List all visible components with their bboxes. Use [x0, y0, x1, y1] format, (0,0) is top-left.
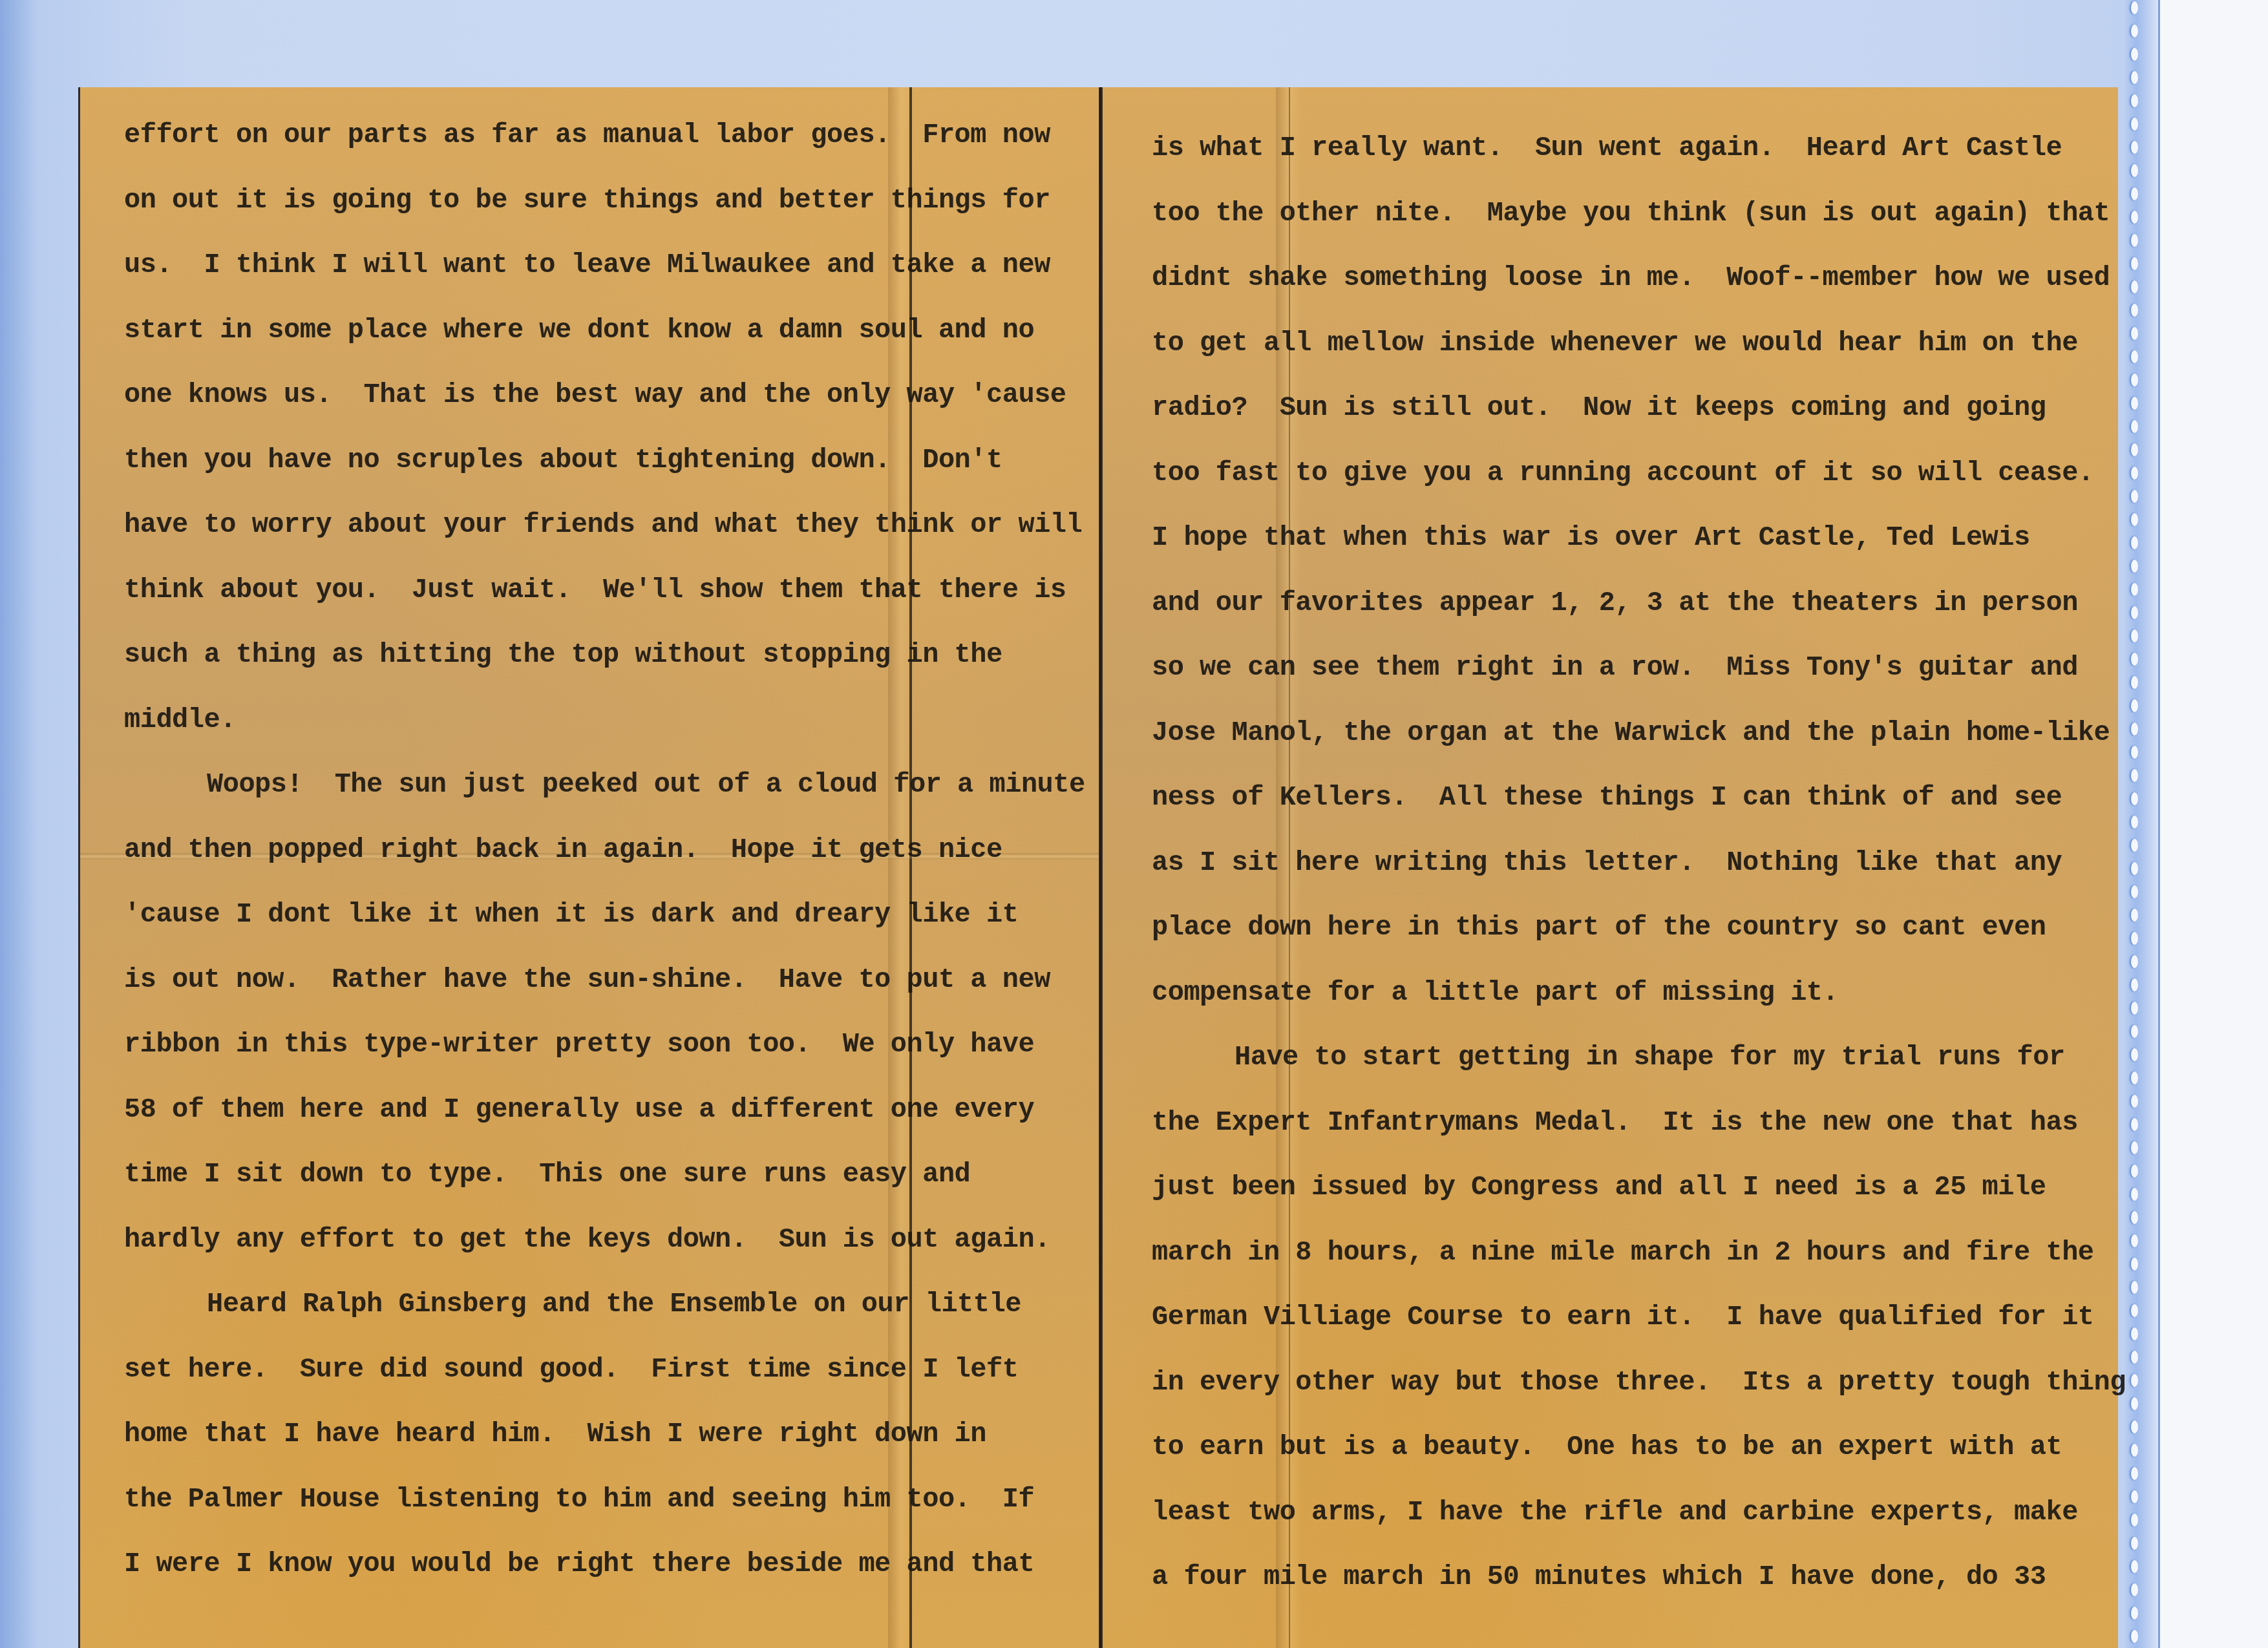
perforation-hole: [2131, 71, 2138, 84]
perforation-hole: [2131, 1188, 2138, 1201]
perforation-hole: [2131, 816, 2138, 829]
typed-line: the Palmer House listening to him and se…: [124, 1484, 1034, 1515]
perforation-hole: [2131, 955, 2138, 968]
perforation-hole: [2131, 1141, 2138, 1154]
perforation-hole: [2131, 909, 2138, 922]
perforation-hole: [2131, 536, 2138, 549]
perforation-hole: [2131, 1514, 2138, 1527]
perforation-hole: [2131, 629, 2138, 642]
perforation-hole: [2131, 1467, 2138, 1480]
perforation-hole: [2131, 257, 2138, 270]
typed-line: as I sit here writing this letter. Nothi…: [1152, 847, 2062, 878]
typed-line: set here. Sure did sound good. First tim…: [124, 1354, 1018, 1385]
typed-line: such a thing as hitting the top without …: [124, 639, 1002, 670]
perforation-hole: [2131, 118, 2138, 131]
perforation-hole: [2131, 839, 2138, 852]
perforation-hole: [2131, 1258, 2138, 1271]
perforation-hole: [2131, 141, 2138, 154]
perforation-hole: [2131, 397, 2138, 410]
typed-line: compensate for a little part of missing …: [1152, 977, 1838, 1008]
typed-line: home that I have heard him. Wish I were …: [124, 1419, 986, 1450]
typed-line: too fast to give you a running account o…: [1152, 458, 2094, 489]
typed-line: 'cause I dont like it when it is dark an…: [124, 899, 1018, 930]
perforation-hole: [2131, 1304, 2138, 1317]
perforation-hole: [2131, 1234, 2138, 1247]
perforation-hole: [2131, 653, 2138, 666]
typed-line: ribbon in this type-writer pretty soon t…: [124, 1029, 1034, 1060]
typed-line: us. I think I will want to leave Milwauk…: [124, 249, 1050, 280]
perforation-hole: [2131, 304, 2138, 317]
perforation-hole: [2131, 1048, 2138, 1061]
typed-line: 58 of them here and I generally use a di…: [124, 1094, 1034, 1125]
typed-line: Woops! The sun just peeked out of a clou…: [124, 769, 1085, 800]
perforation-hole: [2131, 1, 2138, 14]
perforation-hole: [2131, 1421, 2138, 1433]
typed-line: place down here in this part of the coun…: [1152, 912, 2046, 943]
perforation-hole: [2131, 164, 2138, 177]
perforation-hole: [2131, 792, 2138, 805]
typed-line: and then popped right back in again. Hop…: [124, 834, 1002, 865]
perforation-hole: [2131, 234, 2138, 247]
typed-line: radio? Sun is still out. Now it keeps co…: [1152, 392, 2046, 423]
perforation-hole: [2131, 420, 2138, 433]
typed-line: didnt shake something loose in me. Woof-…: [1152, 262, 2110, 293]
typed-line: in every other way but those three. Its …: [1152, 1367, 2126, 1398]
perforation-hole: [2131, 723, 2138, 735]
perforation-hole: [2131, 676, 2138, 689]
typed-line: and our favorites appear 1, 2, 3 at the …: [1152, 587, 2078, 618]
perforation-hole: [2131, 280, 2138, 293]
typed-line: I hope that when this war is over Art Ca…: [1152, 522, 2030, 553]
perforation-hole: [2131, 560, 2138, 573]
perforation-hole: [2131, 1397, 2138, 1410]
typed-line: one knows us. That is the best way and t…: [124, 379, 1066, 410]
perforation-hole: [2131, 490, 2138, 503]
perforation-hole: [2131, 1537, 2138, 1550]
perforation-hole: [2131, 1607, 2138, 1620]
typed-line: middle.: [124, 704, 236, 735]
perforation-hole: [2131, 467, 2138, 480]
perforation-hole: [2131, 746, 2138, 759]
perforation-hole: [2131, 1002, 2138, 1015]
typed-line: German Villiage Course to earn it. I hav…: [1152, 1302, 2094, 1333]
typed-line: to earn but is a beauty. One has to be a…: [1152, 1431, 2062, 1463]
perforation-hole: [2131, 374, 2138, 386]
perforation-hole: [2131, 583, 2138, 596]
typed-line: is what I really want. Sun went again. H…: [1152, 132, 2062, 164]
perforation-hole: [2131, 1327, 2138, 1340]
typed-line: so we can see them right in a row. Miss …: [1152, 652, 2078, 683]
typed-line: time I sit down to type. This one sure r…: [124, 1159, 970, 1190]
perforation-hole: [2131, 327, 2138, 340]
typed-line: a four mile march in 50 minutes which I …: [1152, 1561, 2046, 1592]
typed-line: to get all mellow inside whenever we wou…: [1152, 328, 2078, 359]
perforation-hole: [2131, 1374, 2138, 1387]
perforation-hole: [2131, 1095, 2138, 1108]
typed-line: hardly any effort to get the keys down. …: [124, 1224, 1050, 1255]
perforation-hole: [2131, 862, 2138, 875]
typed-line: start in some place where we dont know a…: [124, 315, 1034, 346]
perforation-hole: [2131, 1583, 2138, 1596]
perforation-hole: [2131, 606, 2138, 619]
perforation-hole: [2131, 1281, 2138, 1294]
typed-line: just been issued by Congress and all I n…: [1152, 1172, 2046, 1203]
perforation-hole: [2131, 187, 2138, 200]
perforation-hole: [2131, 1490, 2138, 1503]
perforation-hole: [2131, 25, 2138, 37]
perforation-hole: [2131, 885, 2138, 898]
perforation-hole: [2131, 699, 2138, 712]
scanner-margin: [2160, 0, 2268, 1648]
typed-line: march in 8 hours, a nine mile march in 2…: [1152, 1237, 2094, 1268]
typed-line: Have to start getting in shape for my tr…: [1152, 1042, 2065, 1073]
perforation-hole: [2131, 1630, 2138, 1643]
typed-line: is out now. Rather have the sun-shine. H…: [124, 964, 1050, 995]
typed-line: I were I know you would be right there b…: [124, 1548, 1034, 1579]
letter-page-left: effort on our parts as far as manual lab…: [80, 87, 1099, 1648]
typed-line: then you have no scruples about tighteni…: [124, 445, 1002, 476]
letter-page-right: is what I really want. Sun went again. H…: [1101, 87, 2118, 1648]
typed-line: ness of Kellers. All these things I can …: [1152, 782, 2062, 813]
perforation-hole: [2131, 350, 2138, 363]
perforation-hole: [2131, 978, 2138, 991]
perforation-hole: [2131, 1444, 2138, 1457]
typed-line: the Expert Infantrymans Medal. It is the…: [1152, 1107, 2078, 1138]
typed-line: Jose Manol, the organ at the Warwick and…: [1152, 717, 2110, 748]
perforation-hole: [2131, 211, 2138, 224]
page-divider: [1099, 87, 1103, 1648]
perforation-hole: [2131, 1351, 2138, 1364]
typed-line: Heard Ralph Ginsberg and the Ensemble on…: [124, 1289, 1021, 1320]
perforation-hole: [2131, 769, 2138, 782]
perforation-hole: [2131, 1118, 2138, 1131]
plastic-sleeve-edge: [2122, 0, 2160, 1648]
typed-line: effort on our parts as far as manual lab…: [124, 120, 1050, 151]
typed-line: think about you. Just wait. We'll show t…: [124, 575, 1066, 606]
perforation-hole: [2131, 1560, 2138, 1573]
typed-line: too the other nite. Maybe you think (sun…: [1152, 198, 2110, 229]
perforation-hole: [2131, 48, 2138, 61]
perforation-hole: [2131, 1025, 2138, 1038]
perforation-hole: [2131, 1072, 2138, 1084]
typed-line: least two arms, I have the rifle and car…: [1152, 1497, 2078, 1528]
perforation-hole: [2131, 443, 2138, 456]
perforation-hole: [2131, 1211, 2138, 1224]
perforation-hole: [2131, 1165, 2138, 1178]
typed-line: have to worry about your friends and wha…: [124, 509, 1082, 540]
perforation-hole: [2131, 513, 2138, 526]
typed-line: on out it is going to be sure things and…: [124, 185, 1050, 216]
perforation-hole: [2131, 94, 2138, 107]
perforation-hole: [2131, 932, 2138, 945]
